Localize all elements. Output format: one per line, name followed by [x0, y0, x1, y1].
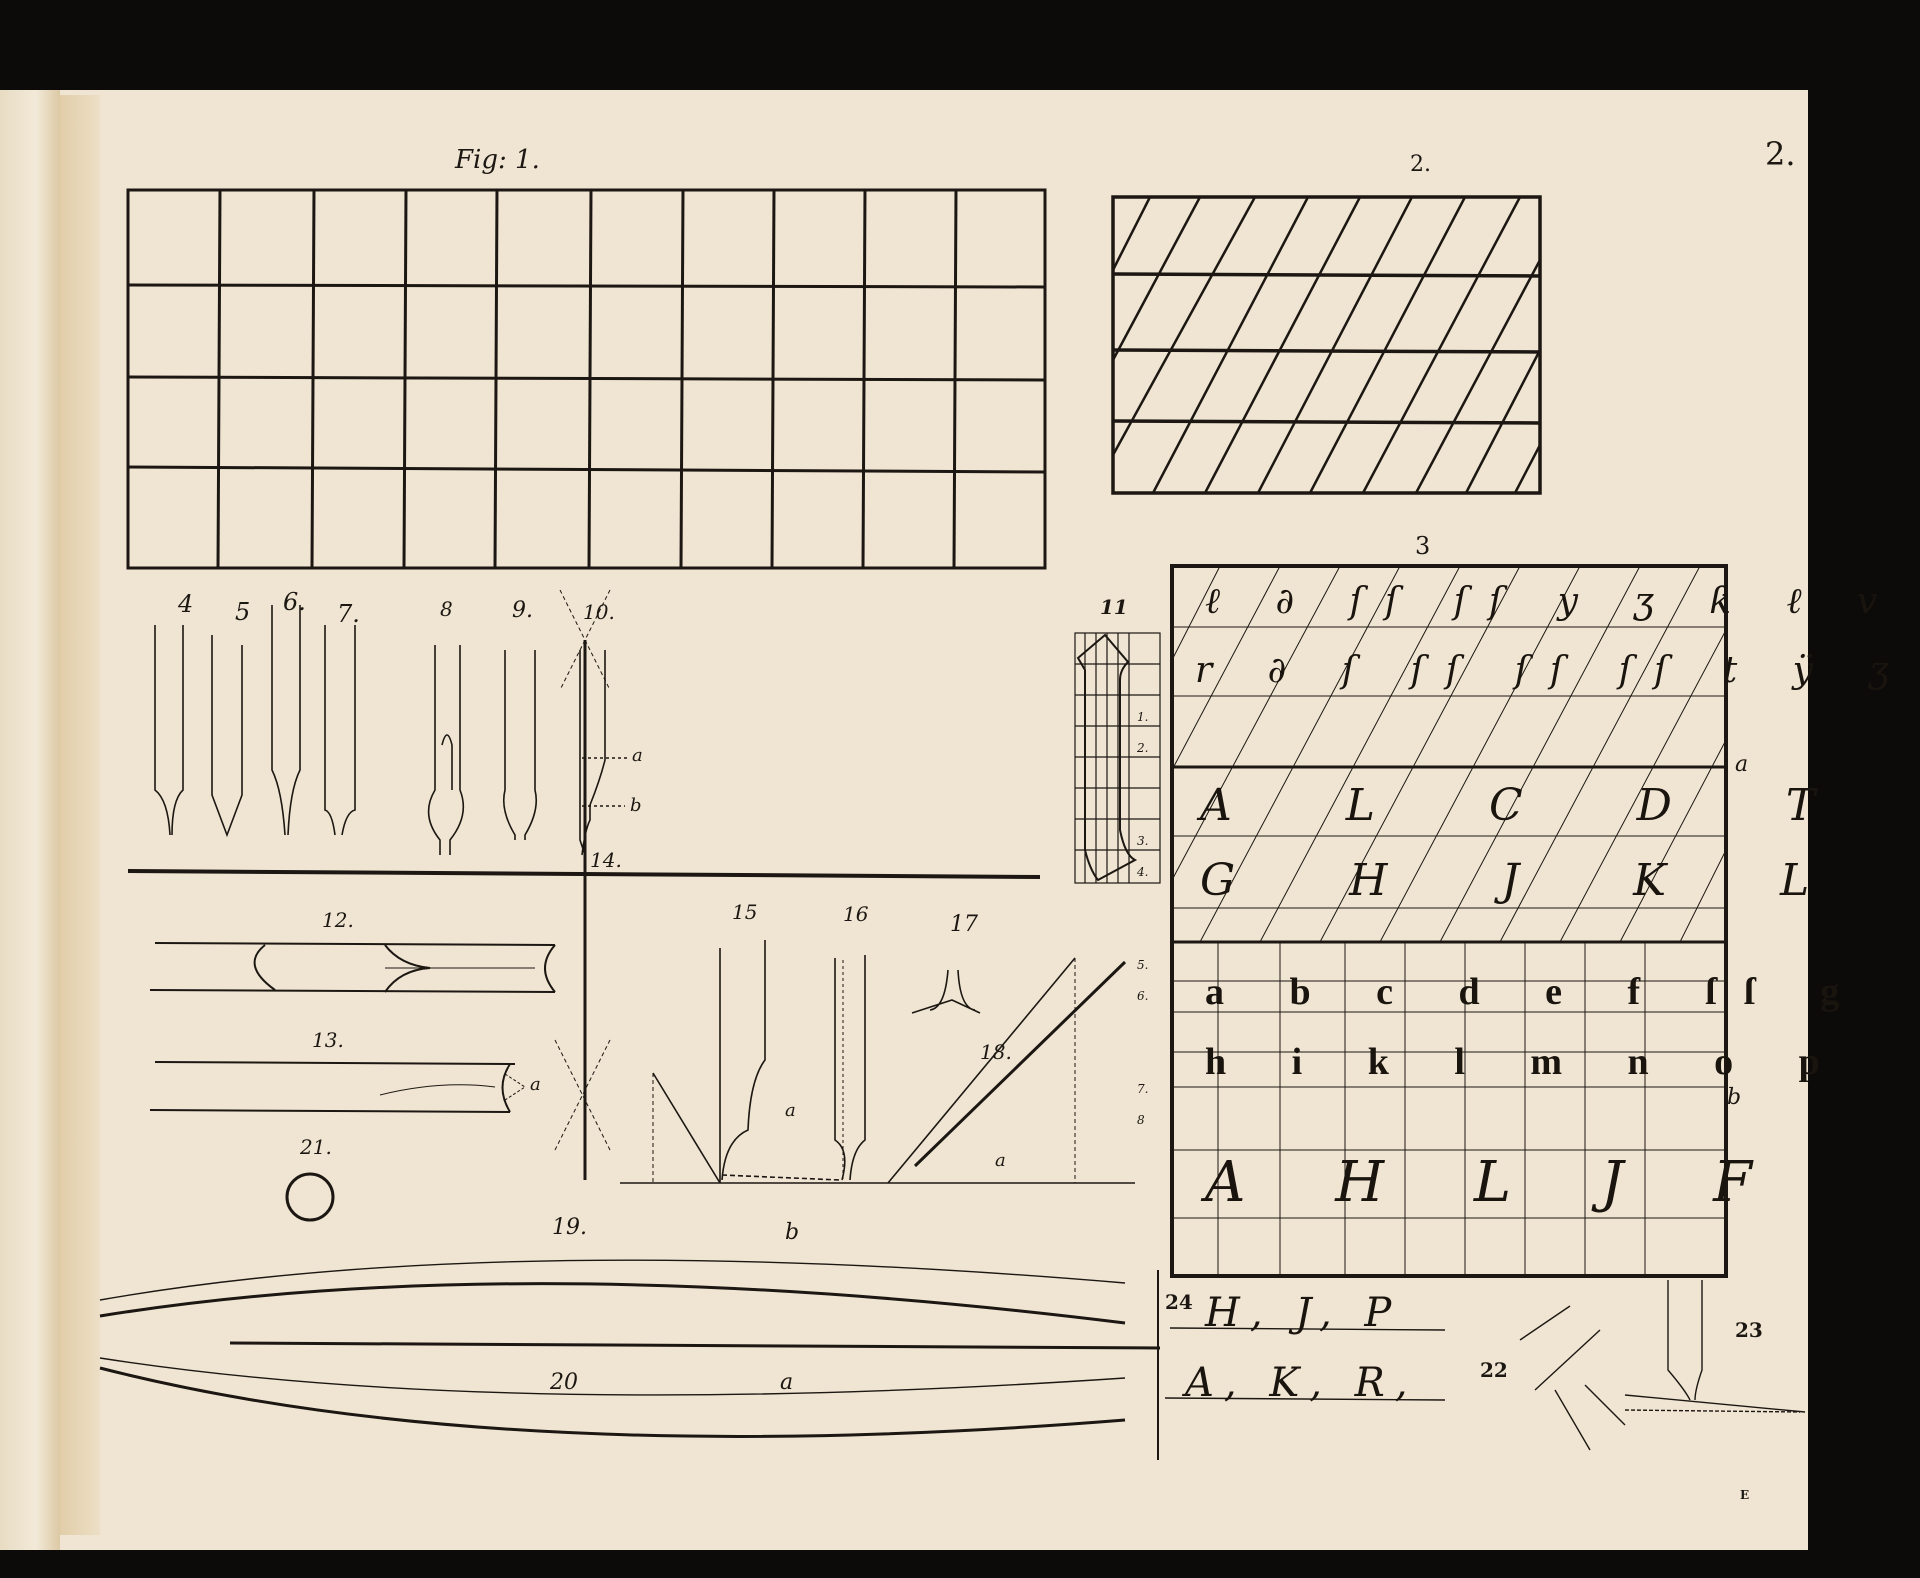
fig11-label: 11: [1100, 595, 1128, 619]
nib-label-8: 8: [440, 597, 453, 621]
fig19-label: 19.: [552, 1215, 587, 1240]
fig15-label: 15: [732, 900, 757, 924]
fig18-mark-a: a: [995, 1150, 1006, 1171]
nib-label-10: 10.: [583, 600, 615, 624]
fig10-mark-a: a: [632, 745, 643, 766]
fig19-mark-b: b: [785, 1220, 799, 1245]
fig13-label: 13.: [312, 1028, 344, 1052]
fig21-ring: [287, 1174, 333, 1220]
nib-label-7: 7.: [337, 600, 360, 628]
nib-label-6: 6.: [283, 588, 306, 616]
fig3-section-a: a: [1735, 752, 1748, 777]
fig3-fraktur-capitals: A H L J F: [1205, 1150, 1788, 1215]
fig14-axes: [128, 590, 1040, 1180]
plate-number: 2.: [1765, 135, 1796, 173]
fig15-mark-a: a: [785, 1100, 796, 1121]
fig16-label: 16: [843, 902, 868, 926]
nib-label-4: 4: [178, 590, 193, 618]
fig1-grid: [128, 190, 1045, 568]
fig21-label: 21.: [300, 1135, 332, 1159]
fig14-label: 14.: [590, 848, 622, 872]
fig3-cursive-row2: r ∂ ſ ſſ ſſ ſſ t ÿ ʒ: [1195, 650, 1911, 691]
fig3-capital-row1: A L C D T: [1200, 780, 1865, 831]
signature-mark: E: [1740, 1488, 1749, 1502]
nib-label-5: 5: [235, 598, 250, 626]
fig20-mark-a: a: [780, 1370, 793, 1395]
fig20-label: 20: [550, 1370, 578, 1395]
figs-19-20-quills: [100, 1260, 1160, 1460]
fig2-slanted-grid: [1113, 197, 1540, 493]
fig18-label: 18.: [980, 1040, 1012, 1064]
fig3-fraktur-row2: h i k l m n o p: [1205, 1040, 1848, 1084]
pen-nib-diagrams: [155, 605, 630, 855]
fig1-label: Fig: 1.: [455, 145, 540, 175]
fig24-row1: H, J, P: [1205, 1290, 1401, 1336]
fig2-label: 2.: [1410, 152, 1431, 177]
fig11-row-numbers: 1.2. 3.4. 5.6. 7.8: [1137, 640, 1148, 1167]
fig23-label: 23: [1735, 1318, 1763, 1342]
figs-15-18: [620, 940, 1135, 1183]
fig12-label: 12.: [322, 908, 354, 932]
fig17-label: 17: [950, 912, 978, 937]
nib-label-9: 9.: [512, 598, 533, 623]
fig22-label: 22: [1480, 1358, 1508, 1382]
fig13-quill: [150, 1062, 525, 1112]
fig3-cursive-row1: ℓ ∂ ſſ ſſ y ʒ ƙ ℓ v: [1205, 580, 1899, 622]
fig3-capital-row2: G H J K L: [1200, 855, 1859, 906]
fig24-label: 24: [1165, 1290, 1193, 1314]
fig3-section-b: b: [1727, 1085, 1741, 1110]
fig10-mark-b: b: [630, 795, 642, 816]
fig13-mark-a: a: [530, 1074, 541, 1095]
fig24-row2: A, K, R,: [1185, 1360, 1417, 1406]
fig3-fraktur-row1: a b c d e f ſſ g: [1205, 970, 1867, 1014]
fig3-label: 3: [1415, 532, 1430, 560]
fig12-quill: [150, 943, 555, 992]
